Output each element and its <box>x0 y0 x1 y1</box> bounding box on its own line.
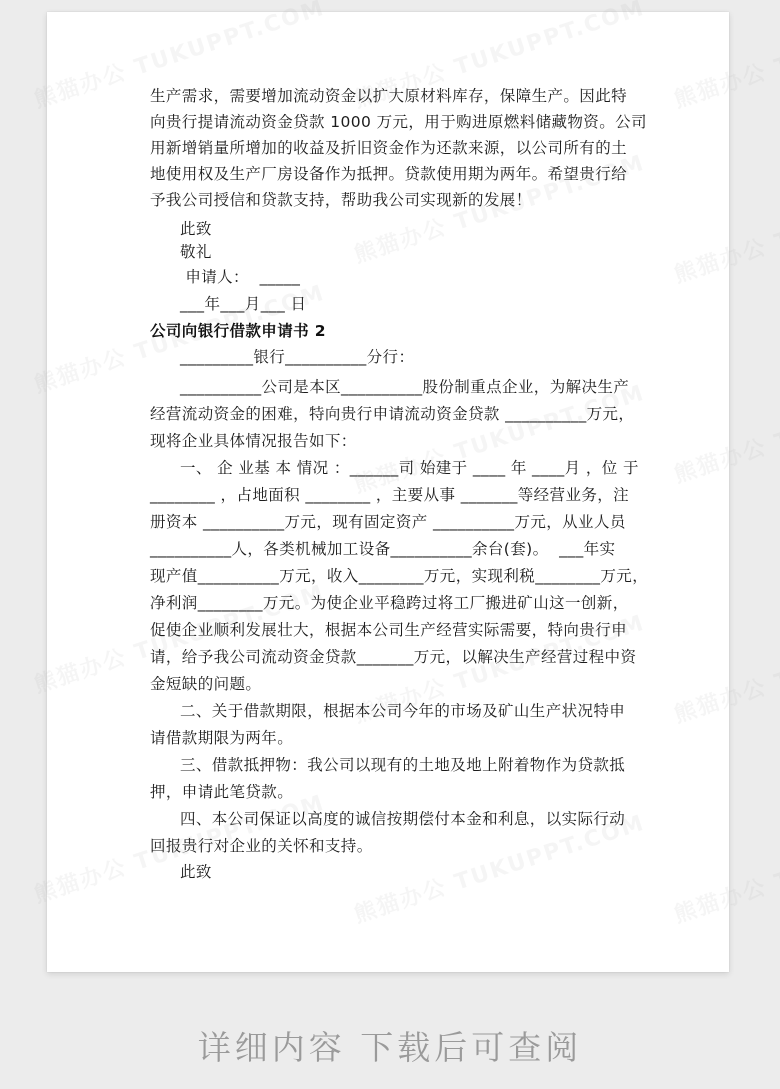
text-line: 敬礼 <box>180 242 212 262</box>
document-page: 熊猫办公 TUKUPPT.COM 熊猫办公 TUKUPPT.COM 熊猫办公 T… <box>47 12 729 972</box>
text-line: 金短缺的问题。 <box>150 674 261 694</box>
text-line: 向贵行提请流动资金贷款 1000 万元，用于购进原燃料储藏物资。公司 <box>150 112 647 132</box>
text-line: 地使用权及生产厂房设备作为抵押。贷款使用期为两年。希望贵行给 <box>150 164 627 184</box>
text-line: ___年___月___ 日 <box>180 294 306 314</box>
text-line: __________公司是本区__________股份制重点企业，为解决生产 <box>180 377 629 397</box>
download-hint: 详细内容 下载后可查阅 <box>0 1022 780 1069</box>
text-line: 经营流动资金的困难，特向贵行申请流动资金贷款 __________万元， <box>150 404 634 424</box>
text-line: 此致 <box>180 862 212 882</box>
text-line: __________人，各类机械加工设备__________余台(套)。 ___… <box>150 539 615 559</box>
text-line: 请，给予我公司流动资金贷款_______万元，以解决生产经营过程中资 <box>150 647 636 667</box>
text-line: 予我公司授信和贷款支持，帮助我公司实现新的发展！ <box>150 190 532 210</box>
watermark-text: 熊猫办公 TUKUPPT.COM <box>670 366 780 489</box>
watermark-text: 熊猫办公 TUKUPPT.COM <box>670 0 780 114</box>
text-line: 册资本 __________万元，现有固定资产 __________万元，从业人… <box>150 512 626 532</box>
text-line: 生产需求，需要增加流动资金以扩大原材料库存，保障生产。因此特 <box>150 86 627 106</box>
text-line: 三、借款抵押物：我公司以现有的土地及地上附着物作为贷款抵 <box>180 755 625 775</box>
text-line: 回报贵行对企业的关怀和支持。 <box>150 836 373 856</box>
text-line: 申请人： _____ <box>180 267 300 287</box>
text-line: 请借款期限为两年。 <box>150 728 293 748</box>
watermark-text: 熊猫办公 TUKUPPT.COM <box>670 166 780 289</box>
watermark-text: 熊猫办公 TUKUPPT.COM <box>670 806 780 929</box>
text-line: 押，申请此笔贷款。 <box>150 782 293 802</box>
section-heading: 公司向银行借款申请书 2 <box>150 321 326 341</box>
text-line: 现产值__________万元，收入________万元，实现利税_______… <box>150 566 648 586</box>
text-line: 促使企业顺利发展壮大，根据本公司生产经营实际需要，特向贵行申 <box>150 620 627 640</box>
text-line: _________银行__________分行： <box>180 347 414 367</box>
text-line: 此致 <box>180 219 212 239</box>
text-line: 净利润________万元。为使企业平稳跨过将工厂搬进矿山这一创新， <box>150 593 629 613</box>
text-line: 一、 企 业基 本 情况 ：______司 始建于 ____ 年 ____月 ，… <box>180 458 639 478</box>
text-line: 四、本公司保证以高度的诚信按期偿付本金和利息，以实际行动 <box>180 809 625 829</box>
text-line: ________ ，占地面积 ________ ，主要从事 _______等经营… <box>150 485 629 505</box>
text-line: 二、关于借款期限，根据本公司今年的市场及矿山生产状况特申 <box>180 701 625 721</box>
text-line: 现将企业具体情况报告如下： <box>150 431 357 451</box>
text-line: 用新增销量所增加的收益及折旧资金作为还款来源，以公司所有的土 <box>150 138 627 158</box>
watermark-text: 熊猫办公 TUKUPPT.COM <box>670 606 780 729</box>
